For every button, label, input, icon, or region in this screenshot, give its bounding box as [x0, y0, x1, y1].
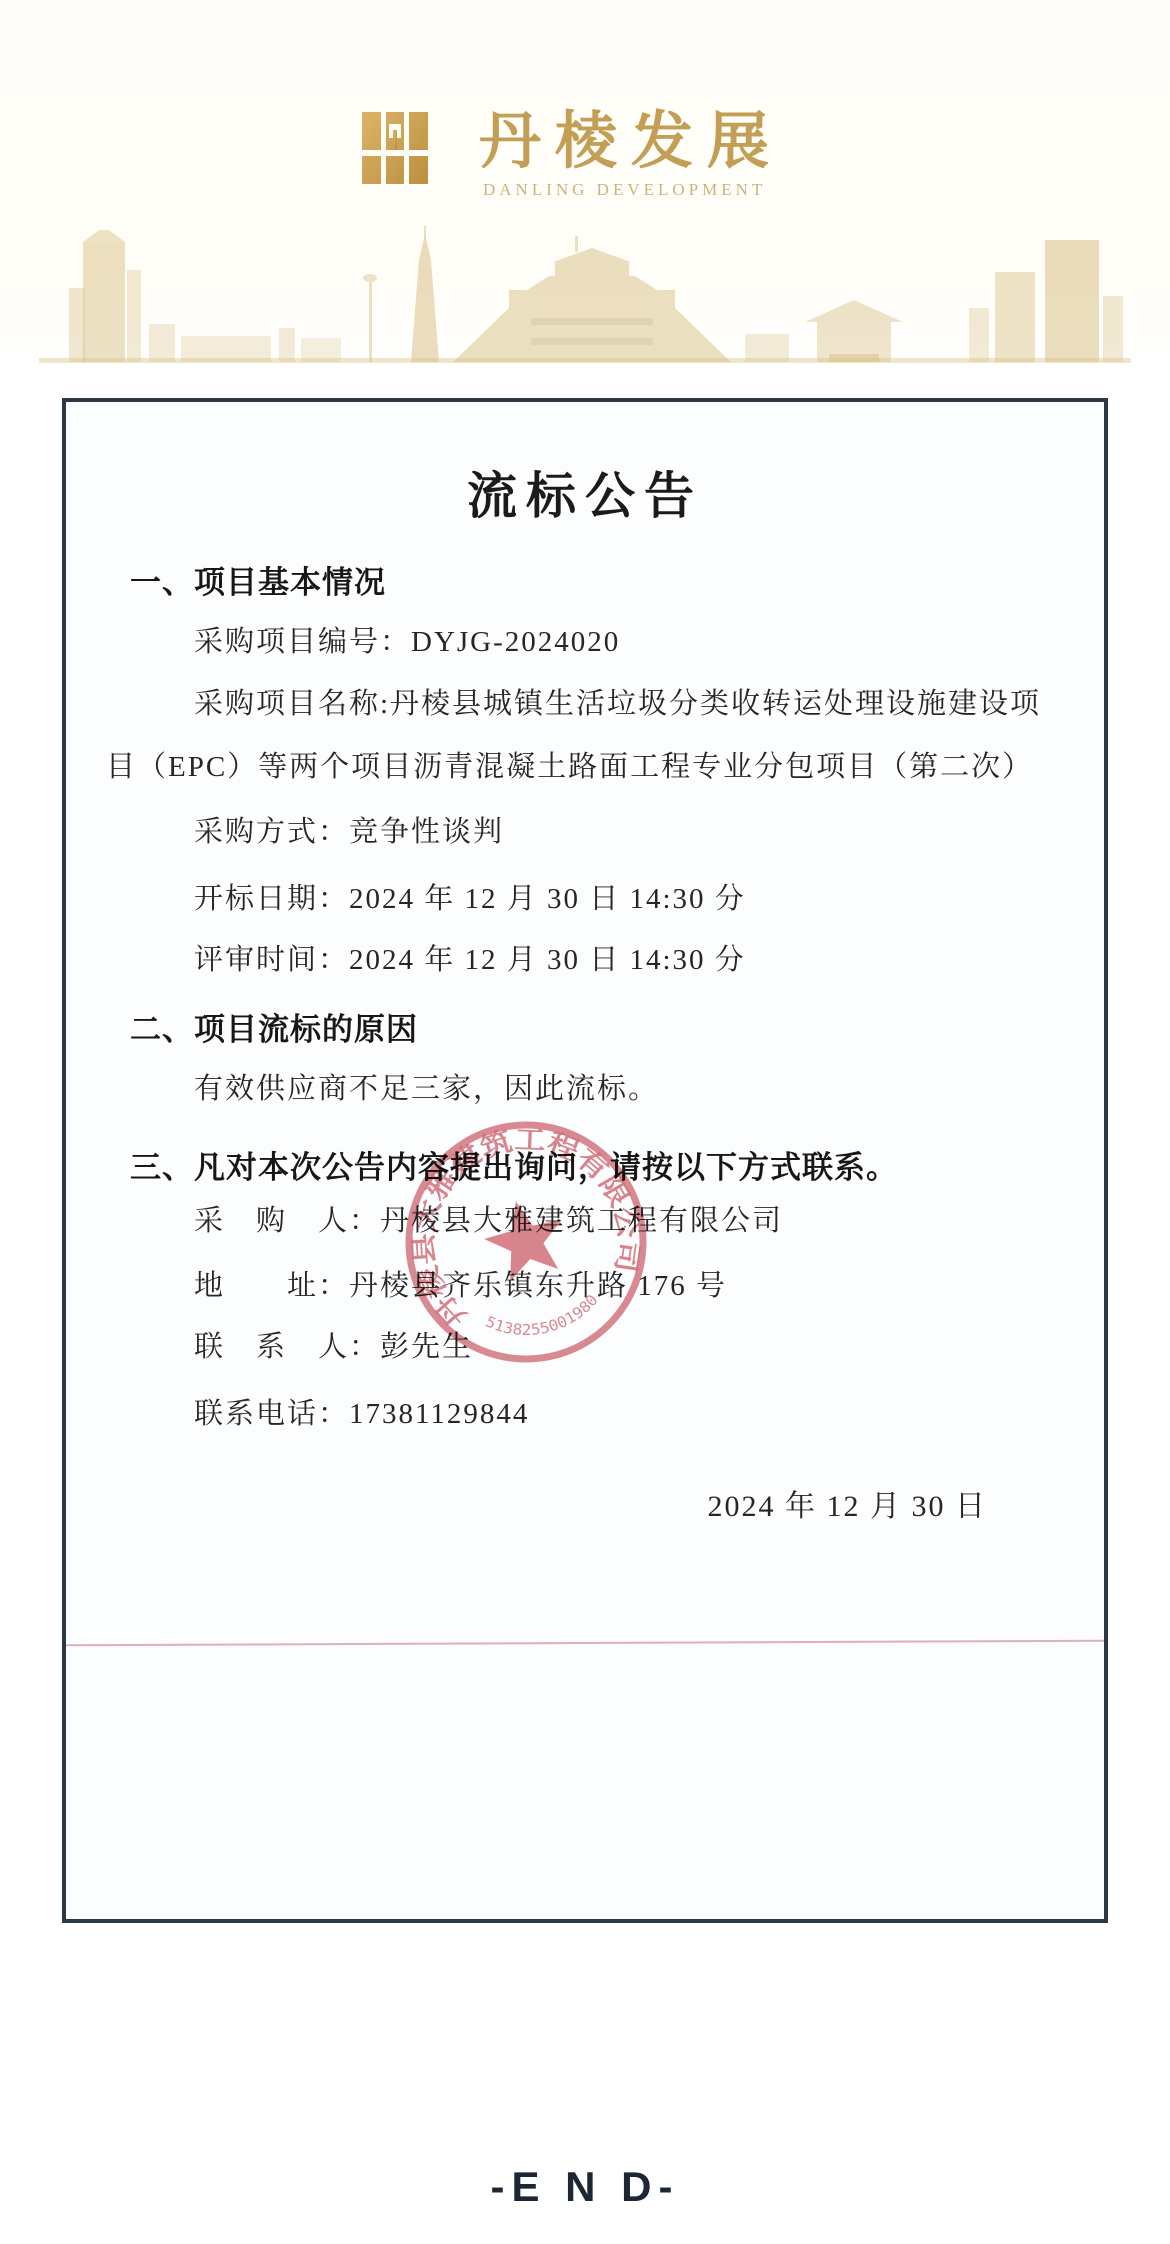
document-page: 流标公告 一、项目基本情况 采购项目编号：DYJG-2024020 采购项目名称… — [62, 398, 1108, 1923]
city-skyline-graphic — [38, 226, 1132, 368]
doc-line-procurement-method: 采购方式：竞争性谈判 — [194, 809, 504, 850]
separator-line — [66, 1640, 1104, 1647]
section-heading-2: 二、项目流标的原因 — [130, 1004, 418, 1049]
doc-line-project-name: 采购项目名称:丹棱县城镇生活垃圾分类收转运处理设施建设项 — [194, 681, 1041, 722]
doc-line-project-number: 采购项目编号：DYJG-2024020 — [194, 619, 620, 660]
document-title: 流标公告 — [66, 456, 1104, 528]
brand-subtitle: DANLING DEVELOPMENT — [483, 180, 743, 200]
doc-line-review-time: 评审时间：2024 年 12 月 30 日 14:30 分 — [194, 937, 746, 978]
end-marker: -E N D- — [0, 2163, 1170, 2211]
letterhead-banner: 丹棱发展 DANLING DEVELOPMENT — [0, 0, 1170, 370]
doc-line-project-name-cont: 目（EPC）等两个项目沥青混凝土路面工程专业分包项目（第二次） — [106, 744, 1033, 785]
stamp-star-icon — [477, 1192, 573, 1285]
section-heading-1: 一、项目基本情况 — [130, 557, 386, 602]
brand-title: 丹棱发展 — [479, 106, 783, 178]
signature-date: 2024 年 12 月 30 日 — [708, 1481, 988, 1525]
doc-line-contact-phone: 联系电话：17381129844 — [194, 1391, 529, 1432]
danling-logo-icon — [362, 112, 428, 184]
doc-line-opening-date: 开标日期：2024 年 12 月 30 日 14:30 分 — [194, 876, 746, 917]
